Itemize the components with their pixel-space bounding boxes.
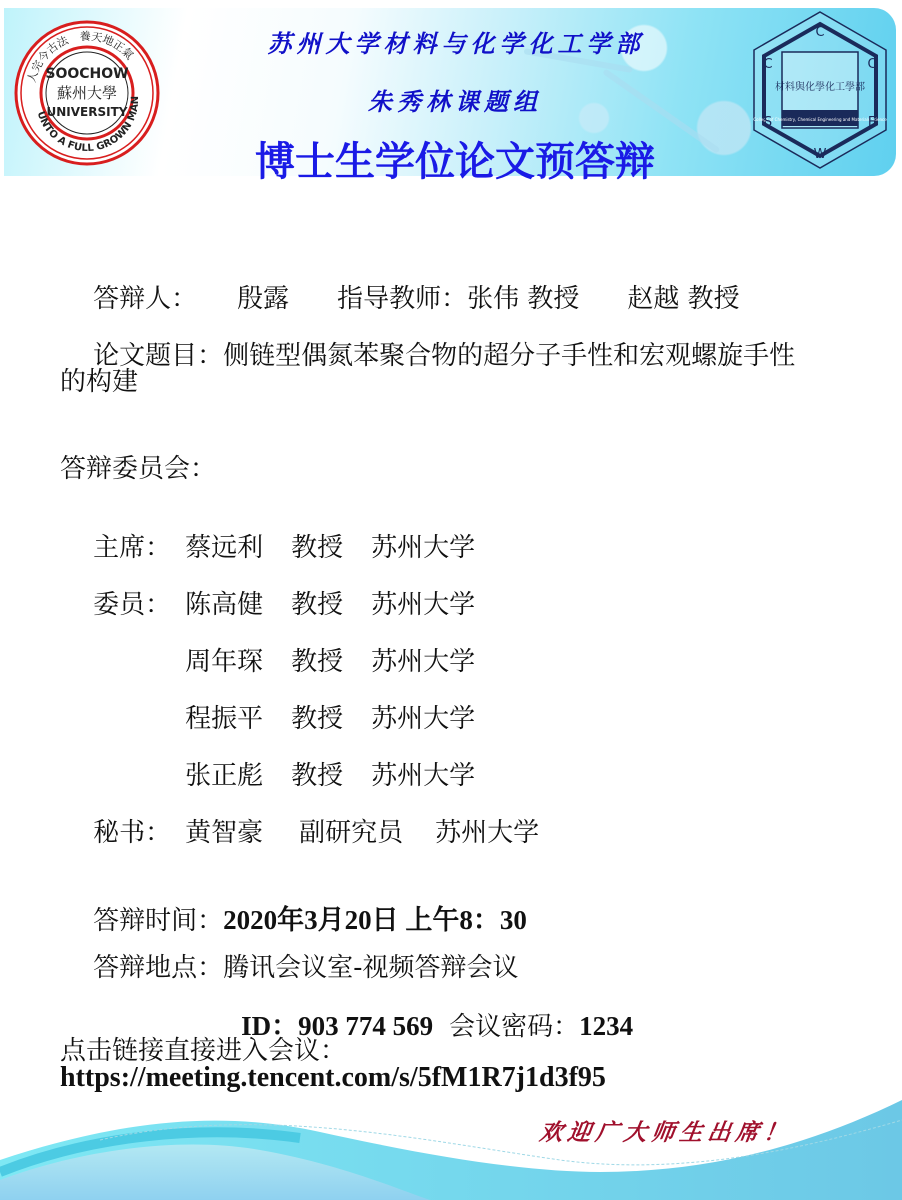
svg-text:C: C bbox=[867, 57, 876, 72]
research-group-name: 朱秀林课题组 bbox=[0, 82, 902, 117]
meeting-password[interactable]: 1234 bbox=[579, 1011, 633, 1041]
committee-secretary: 秘书：黄智豪副研究员苏州大学 bbox=[60, 782, 539, 879]
password-label: 会议密码： bbox=[449, 1012, 579, 1042]
place-label: 答辩地点： bbox=[93, 953, 223, 983]
page-title: 博士生学位论文预答辩 bbox=[0, 130, 902, 187]
member-role: 秘书： bbox=[93, 812, 185, 849]
thesis-title-continuation: 的构建 bbox=[60, 361, 138, 398]
member-affiliation: 苏州大学 bbox=[435, 818, 539, 848]
svg-text:SOOCHOW: SOOCHOW bbox=[45, 66, 128, 82]
member-name: 黄智豪 bbox=[185, 812, 299, 849]
svg-text:E: E bbox=[868, 115, 876, 130]
member-title: 副研究员 bbox=[299, 812, 435, 849]
thesis-title: 侧链型偶氮苯聚合物的超分子手性和宏观螺旋手性 bbox=[223, 335, 795, 372]
welcome-message: 欢迎广大师生出席！ bbox=[538, 1114, 795, 1147]
committee-heading: 答辩委员会： bbox=[60, 448, 216, 485]
svg-text:S: S bbox=[764, 115, 772, 130]
svg-text:C: C bbox=[763, 57, 772, 72]
department-name: 苏州大学材料与化学化工学部 bbox=[0, 24, 902, 59]
thesis-title-line: 论文题目：侧链型偶氮苯聚合物的超分子手性和宏观螺旋手性 bbox=[60, 305, 795, 402]
